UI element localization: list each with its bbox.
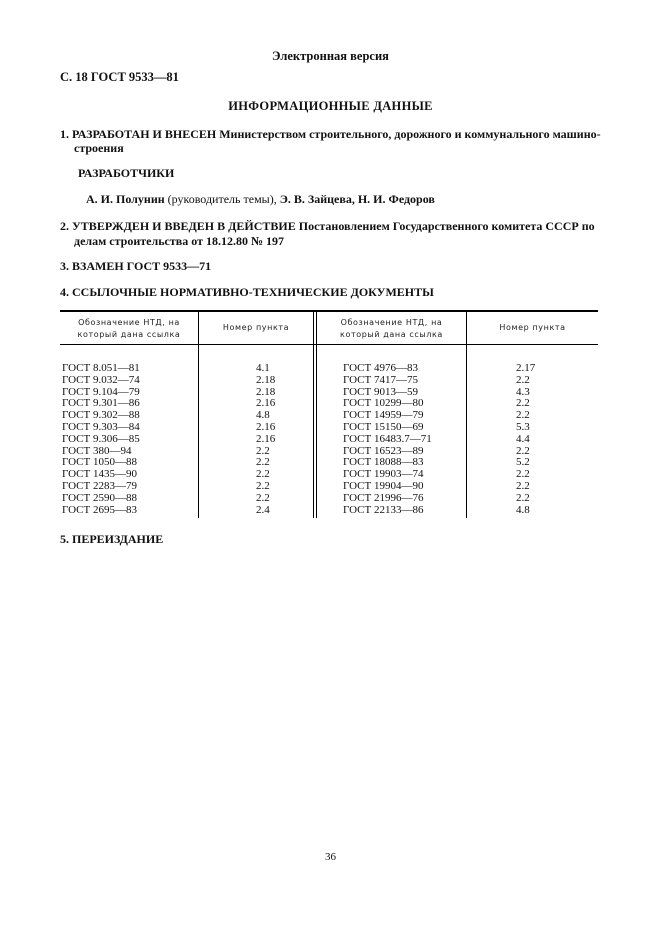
developer-lead-role: (руководитель темы), xyxy=(165,192,280,206)
table-cell: ГОСТ 16483.7—71 xyxy=(343,434,432,446)
table-cell: 2.2 xyxy=(516,493,535,505)
table-top-border xyxy=(60,310,598,312)
table-cell: ГОСТ 2695—83 xyxy=(62,505,140,517)
developers-list: А. И. Полунин (руководитель темы), Э. В.… xyxy=(86,192,435,207)
section-2-line-2: делам строительства от 18.12.80 № 197 xyxy=(74,234,284,249)
left-item-column: 4.12.182.182.164.82.162.162.22.22.22.22.… xyxy=(256,363,275,516)
table-cell: ГОСТ 22133—86 xyxy=(343,505,432,517)
table-cell: ГОСТ 2590—88 xyxy=(62,493,140,505)
table-cell: ГОСТ 21996—76 xyxy=(343,493,432,505)
section-3: 3. ВЗАМЕН ГОСТ 9533—71 xyxy=(60,259,211,274)
developers-heading: РАЗРАБОТЧИКИ xyxy=(78,166,174,181)
column-divider xyxy=(198,312,199,518)
table-cell: 5.3 xyxy=(516,422,535,434)
developer-lead-name: А. И. Полунин xyxy=(86,192,165,206)
header-designation-left: Обозначение НТД, на который дана ссылка xyxy=(60,317,198,341)
table-cell: 2.2 xyxy=(256,481,275,493)
table-cell: 2.18 xyxy=(256,375,275,387)
table-cell: 4.8 xyxy=(516,505,535,517)
header-text: который дана ссылка xyxy=(60,329,198,341)
table-cell: ГОСТ 7417—75 xyxy=(343,375,432,387)
section-1-line-1: 1. РАЗРАБОТАН И ВНЕСЕН Министерством стр… xyxy=(60,127,601,142)
page-reference: С. 18 ГОСТ 9533—81 xyxy=(60,70,179,85)
column-divider xyxy=(466,312,467,518)
table-cell: ГОСТ 9.303—84 xyxy=(62,422,140,434)
table-cell: ГОСТ 9.032—74 xyxy=(62,375,140,387)
table-cell: 2.2 xyxy=(516,375,535,387)
page-title: ИНФОРМАЦИОННЫЕ ДАННЫЕ xyxy=(0,99,661,114)
page-number: 36 xyxy=(0,851,661,863)
section-5: 5. ПЕРЕИЗДАНИЕ xyxy=(60,532,163,547)
header-text: Обозначение НТД, на xyxy=(60,317,198,329)
header-text: который дана ссылка xyxy=(317,329,466,341)
left-designation-column: ГОСТ 8.051—81ГОСТ 9.032—74ГОСТ 9.104—79Г… xyxy=(62,363,140,516)
table-cell: ГОСТ 2283—79 xyxy=(62,481,140,493)
right-item-column: 2.172.24.32.22.25.34.42.25.22.22.22.24.8 xyxy=(516,363,535,516)
column-double-divider-b xyxy=(316,312,317,518)
table-cell: 2.16 xyxy=(256,422,275,434)
section-1-line-2: строения xyxy=(74,141,124,156)
table-cell: 2.4 xyxy=(256,505,275,517)
header-item-right: Номер пункта xyxy=(467,322,598,334)
edition-label: Электронная версия xyxy=(0,49,661,64)
right-designation-column: ГОСТ 4976—83ГОСТ 7417—75ГОСТ 9013—59ГОСТ… xyxy=(343,363,432,516)
table-cell: 2.2 xyxy=(256,493,275,505)
table-cell: 2.2 xyxy=(516,481,535,493)
header-item-left: Номер пункта xyxy=(199,322,313,334)
table-cell: ГОСТ 9.306—85 xyxy=(62,434,140,446)
section-2-line-1: 2. УТВЕРЖДЕН И ВВЕДЕН В ДЕЙСТВИЕ Постано… xyxy=(60,219,595,234)
table-cell: 2.16 xyxy=(256,434,275,446)
header-text: Обозначение НТД, на xyxy=(317,317,466,329)
table-cell: ГОСТ 15150—69 xyxy=(343,422,432,434)
table-cell: 4.4 xyxy=(516,434,535,446)
developer-others: Э. В. Зайцева, Н. И. Федоров xyxy=(280,192,435,206)
header-designation-right: Обозначение НТД, на который дана ссылка xyxy=(317,317,466,341)
column-double-divider-a xyxy=(313,312,314,518)
table-header-divider xyxy=(60,344,598,345)
table-cell: ГОСТ 19904—90 xyxy=(343,481,432,493)
section-4-heading: 4. ССЫЛОЧНЫЕ НОРМАТИВНО-ТЕХНИЧЕСКИЕ ДОКУ… xyxy=(60,285,434,300)
references-table: Обозначение НТД, на который дана ссылка … xyxy=(60,310,598,518)
